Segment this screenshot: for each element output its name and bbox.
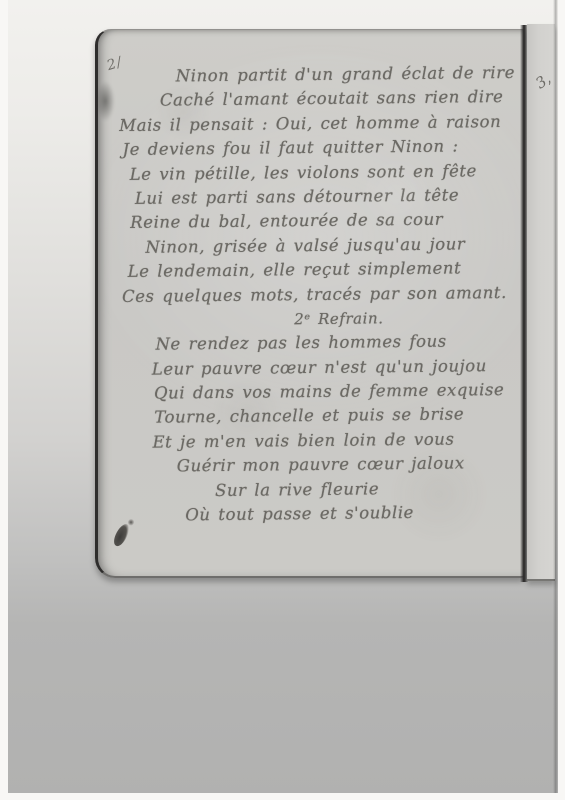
refrain-heading: 2ᵉ Refrain. xyxy=(294,305,527,332)
refrain-line: Guérir mon pauvre cœur jaloux xyxy=(177,451,529,479)
next-page-number: 3, xyxy=(532,70,554,93)
manuscript-page: 2/ Ninon partit d'un grand éclat de rire… xyxy=(95,29,524,578)
handwritten-text-block: Ninon partit d'un grand éclat de rire Ca… xyxy=(96,61,530,529)
next-page-edge: 3, xyxy=(527,24,555,581)
verse-line: Mais il pensait : Oui, cet homme à raiso… xyxy=(119,110,525,139)
verse-line: Ces quelques mots, tracés par son amant. xyxy=(122,280,527,309)
scanner-frame-left xyxy=(0,0,8,800)
scanner-frame-bottom xyxy=(0,793,565,800)
verse-line: Ninon partit d'un grand éclat de rire xyxy=(176,61,525,89)
verse-line: Caché l'amant écoutait sans rien dire xyxy=(160,85,525,113)
refrain-line: Qui dans vos mains de femme exquise xyxy=(154,378,528,406)
verse-line: Le vin pétille, les violons sont en fête xyxy=(130,158,526,187)
refrain-line: Où tout passe et s'oublie xyxy=(185,500,529,528)
scanner-frame-right xyxy=(558,0,565,800)
refrain-line: Sur la rive fleurie xyxy=(215,475,529,503)
